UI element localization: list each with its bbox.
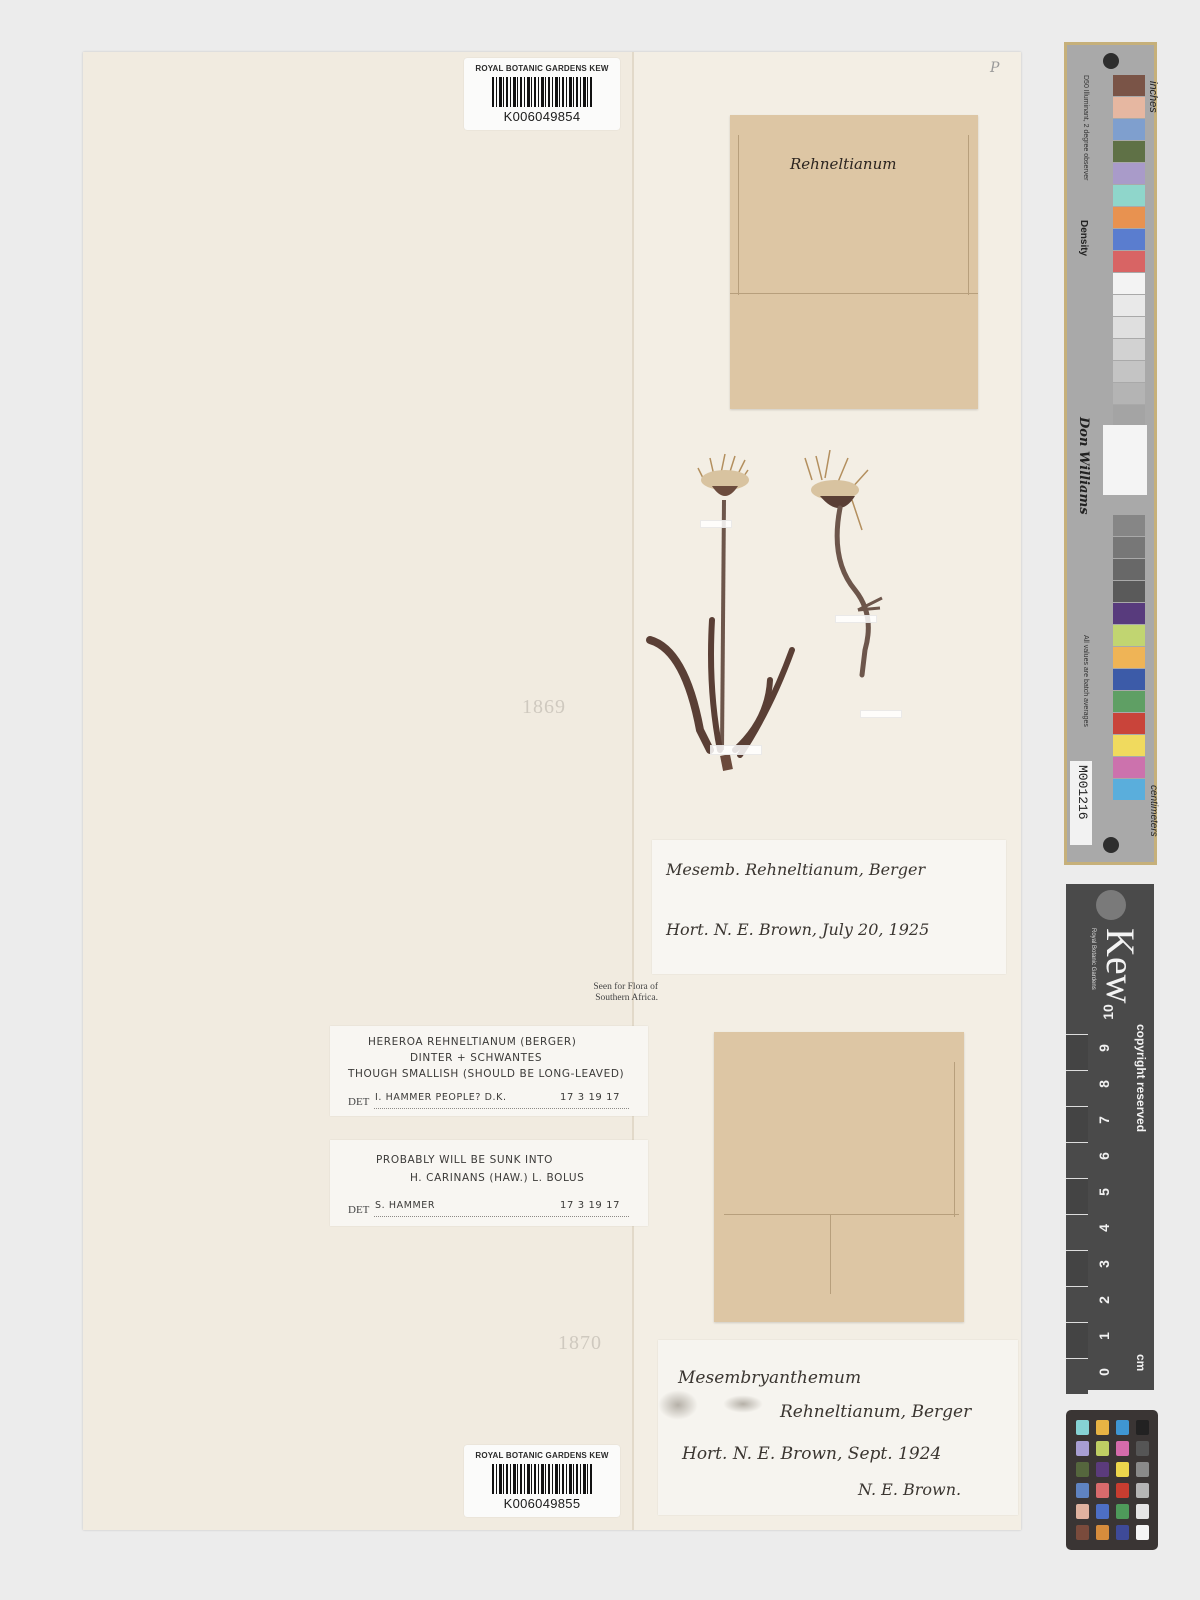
color-chip [1136, 1462, 1149, 1477]
color-swatch [1113, 361, 1145, 382]
ruler-number: 0 [1096, 1368, 1112, 1376]
color-swatch [1113, 163, 1145, 184]
scale-id-box: M001216 [1070, 761, 1092, 845]
ruler-segment [1066, 1358, 1088, 1394]
color-swatch [1113, 691, 1145, 712]
ruler-segment [1066, 1250, 1088, 1286]
ruler-number: 10 [1100, 1004, 1116, 1020]
color-swatch [1113, 647, 1145, 668]
ruler-number: 6 [1096, 1152, 1112, 1160]
det-text: H. CARINANS (HAW.) L. BOLUS [410, 1172, 584, 1184]
det-name: S. HAMMER [375, 1200, 435, 1211]
color-chip [1076, 1483, 1089, 1498]
det-text: HEREROA REHNELTIANUM (BERGER) [368, 1036, 577, 1048]
det-name: I. HAMMER PEOPLE? D.K. [375, 1092, 507, 1103]
color-chip [1096, 1462, 1109, 1477]
hole-icon [1103, 837, 1119, 853]
color-chip [1136, 1441, 1149, 1456]
barcode-id: K006049854 [464, 109, 620, 124]
color-swatch [1113, 207, 1145, 228]
copyright-text: copyright reserved [1134, 1024, 1148, 1132]
label-card-1: Mesemb. Rehneltianum, Berger Hort. N. E.… [652, 840, 1006, 974]
kew-ruler: Kew Royal Botanic Gardens copyright rese… [1066, 884, 1154, 1390]
unit-label: cm [1134, 1354, 1148, 1371]
color-swatch [1113, 273, 1145, 294]
det-text: DINTER + SCHWANTES [410, 1052, 542, 1064]
color-chip [1096, 1441, 1109, 1456]
color-swatch [1113, 141, 1145, 162]
color-swatch [1113, 713, 1145, 734]
color-swatch [1113, 779, 1145, 800]
scale-brand: Don Williams [1076, 417, 1091, 515]
ruler-segment [1066, 1070, 1088, 1106]
ruler-segment [1066, 1106, 1088, 1142]
color-swatch [1113, 625, 1145, 646]
kew-logo: Kew [1097, 928, 1144, 1004]
ruler-number: 5 [1096, 1188, 1112, 1196]
color-swatch [1113, 295, 1145, 316]
color-swatch [1113, 757, 1145, 778]
plant-specimen [640, 450, 920, 790]
flower-head-icon [698, 454, 749, 496]
label-text: Hort. N. E. Brown, July 20, 1925 [666, 920, 929, 939]
det-label: DET [348, 1204, 369, 1216]
color-checker [1066, 1410, 1158, 1550]
color-chip [1116, 1462, 1129, 1477]
ruler-segment [1066, 1178, 1088, 1214]
kew-crest-icon [1096, 890, 1126, 920]
ruler-number: 2 [1096, 1296, 1112, 1304]
color-chip [1116, 1420, 1129, 1435]
color-chip [1116, 1504, 1129, 1519]
color-chip [1076, 1420, 1089, 1435]
color-chip [1076, 1462, 1089, 1477]
scale-id: M001216 [1075, 765, 1090, 820]
ruler-segment [1066, 1322, 1088, 1358]
stamp-number: 1870 [558, 1332, 602, 1355]
color-scale-bar: inches centimeters D50 Illuminant, 2 deg… [1064, 42, 1157, 865]
seen-note-line: Seen for Flora of [560, 982, 658, 993]
color-swatch [1113, 317, 1145, 338]
det-date: 17 3 19 17 [560, 1200, 620, 1211]
color-chip [1116, 1525, 1129, 1540]
seen-note-line: Southern Africa. [560, 993, 658, 1004]
color-chip [1116, 1483, 1129, 1498]
color-chip [1096, 1525, 1109, 1540]
kew-sub: Royal Botanic Gardens [1090, 928, 1096, 990]
signature: N. E. Brown. [858, 1480, 961, 1499]
sheet-fold-line [632, 52, 634, 1530]
mounting-tape [710, 745, 762, 755]
barcode-icon [492, 1464, 592, 1494]
barcode-label-bottom: ROYAL BOTANIC GARDENS KEW K006049855 [464, 1445, 620, 1517]
ruler-number: 4 [1096, 1224, 1112, 1232]
ruler-number: 3 [1096, 1260, 1112, 1268]
scale-header: inches [1147, 81, 1159, 113]
mounting-tape [835, 615, 877, 623]
density-label: Density [1078, 220, 1089, 256]
color-chip [1136, 1504, 1149, 1519]
det-label: DET [348, 1096, 369, 1108]
label-text: Hort. N. E. Brown, Sept. 1924 [682, 1444, 941, 1464]
illuminant-note: D50 Illuminant, 2 degree observer [1082, 75, 1089, 180]
color-chip [1116, 1441, 1129, 1456]
color-swatch [1113, 559, 1145, 580]
color-chip [1096, 1420, 1109, 1435]
barcode-id: K006049855 [464, 1496, 620, 1511]
ruler-segment [1066, 1142, 1088, 1178]
specimen-envelope-bottom [714, 1032, 964, 1322]
stamp-number: 1869 [522, 696, 566, 719]
scale-footer: centimeters [1148, 785, 1159, 837]
target-patch [1103, 425, 1147, 495]
color-swatch [1113, 119, 1145, 140]
mounting-tape [860, 710, 902, 718]
color-chip [1096, 1483, 1109, 1498]
color-swatch [1113, 75, 1145, 96]
color-swatch [1113, 339, 1145, 360]
color-swatch [1113, 735, 1145, 756]
ruler-number: 1 [1096, 1332, 1112, 1340]
determination-slip-2: PROBABLY WILL BE SUNK INTO H. CARINANS (… [330, 1140, 648, 1226]
corner-mark: P [990, 60, 999, 76]
color-chip [1136, 1525, 1149, 1540]
barcode-org: ROYAL BOTANIC GARDENS KEW [464, 64, 620, 73]
color-swatch [1113, 383, 1145, 404]
color-chip [1076, 1525, 1089, 1540]
color-swatch [1113, 669, 1145, 690]
color-swatch [1113, 537, 1145, 558]
determination-slip-1: HEREROA REHNELTIANUM (BERGER) DINTER + S… [330, 1026, 648, 1116]
ruler-segment [1066, 1214, 1088, 1250]
footnote: All values are batch averages [1082, 635, 1089, 727]
det-date: 17 3 19 17 [560, 1092, 620, 1103]
color-swatch [1113, 185, 1145, 206]
label-text: Mesembryanthemum [678, 1368, 861, 1388]
label-card-2: Mesembryanthemum Rehneltianum, Berger Ho… [658, 1340, 1018, 1515]
color-chip [1076, 1441, 1089, 1456]
color-chip [1076, 1504, 1089, 1519]
label-text: Rehneltianum, Berger [780, 1402, 971, 1422]
ruler-number: 8 [1096, 1080, 1112, 1088]
ruler-number: 7 [1096, 1116, 1112, 1124]
ruler-number: 9 [1096, 1044, 1112, 1052]
mounting-tape [700, 520, 732, 528]
color-swatch [1113, 405, 1145, 426]
color-swatch [1113, 581, 1145, 602]
color-swatch [1113, 251, 1145, 272]
label-text: Mesemb. Rehneltianum, Berger [666, 860, 925, 879]
color-swatch [1113, 603, 1145, 624]
barcode-icon [492, 77, 592, 107]
color-swatch [1113, 229, 1145, 250]
hole-icon [1103, 53, 1119, 69]
ruler-segment [1066, 1286, 1088, 1322]
color-chip [1136, 1483, 1149, 1498]
specimen-envelope-top: Rehneltianum [730, 115, 978, 409]
color-swatch [1113, 515, 1145, 536]
envelope-note: Rehneltianum [790, 155, 896, 173]
barcode-label-top: ROYAL BOTANIC GARDENS KEW K006049854 [464, 58, 620, 130]
barcode-org: ROYAL BOTANIC GARDENS KEW [464, 1451, 620, 1460]
color-swatch [1113, 97, 1145, 118]
color-chip [1096, 1504, 1109, 1519]
color-chip [1136, 1420, 1149, 1435]
det-text: THOUGH SMALLISH (SHOULD BE LONG-LEAVED) [348, 1068, 624, 1080]
ruler-segment [1066, 1034, 1088, 1070]
seen-note: Seen for Flora of Southern Africa. [560, 982, 658, 1004]
det-text: PROBABLY WILL BE SUNK INTO [376, 1154, 553, 1166]
